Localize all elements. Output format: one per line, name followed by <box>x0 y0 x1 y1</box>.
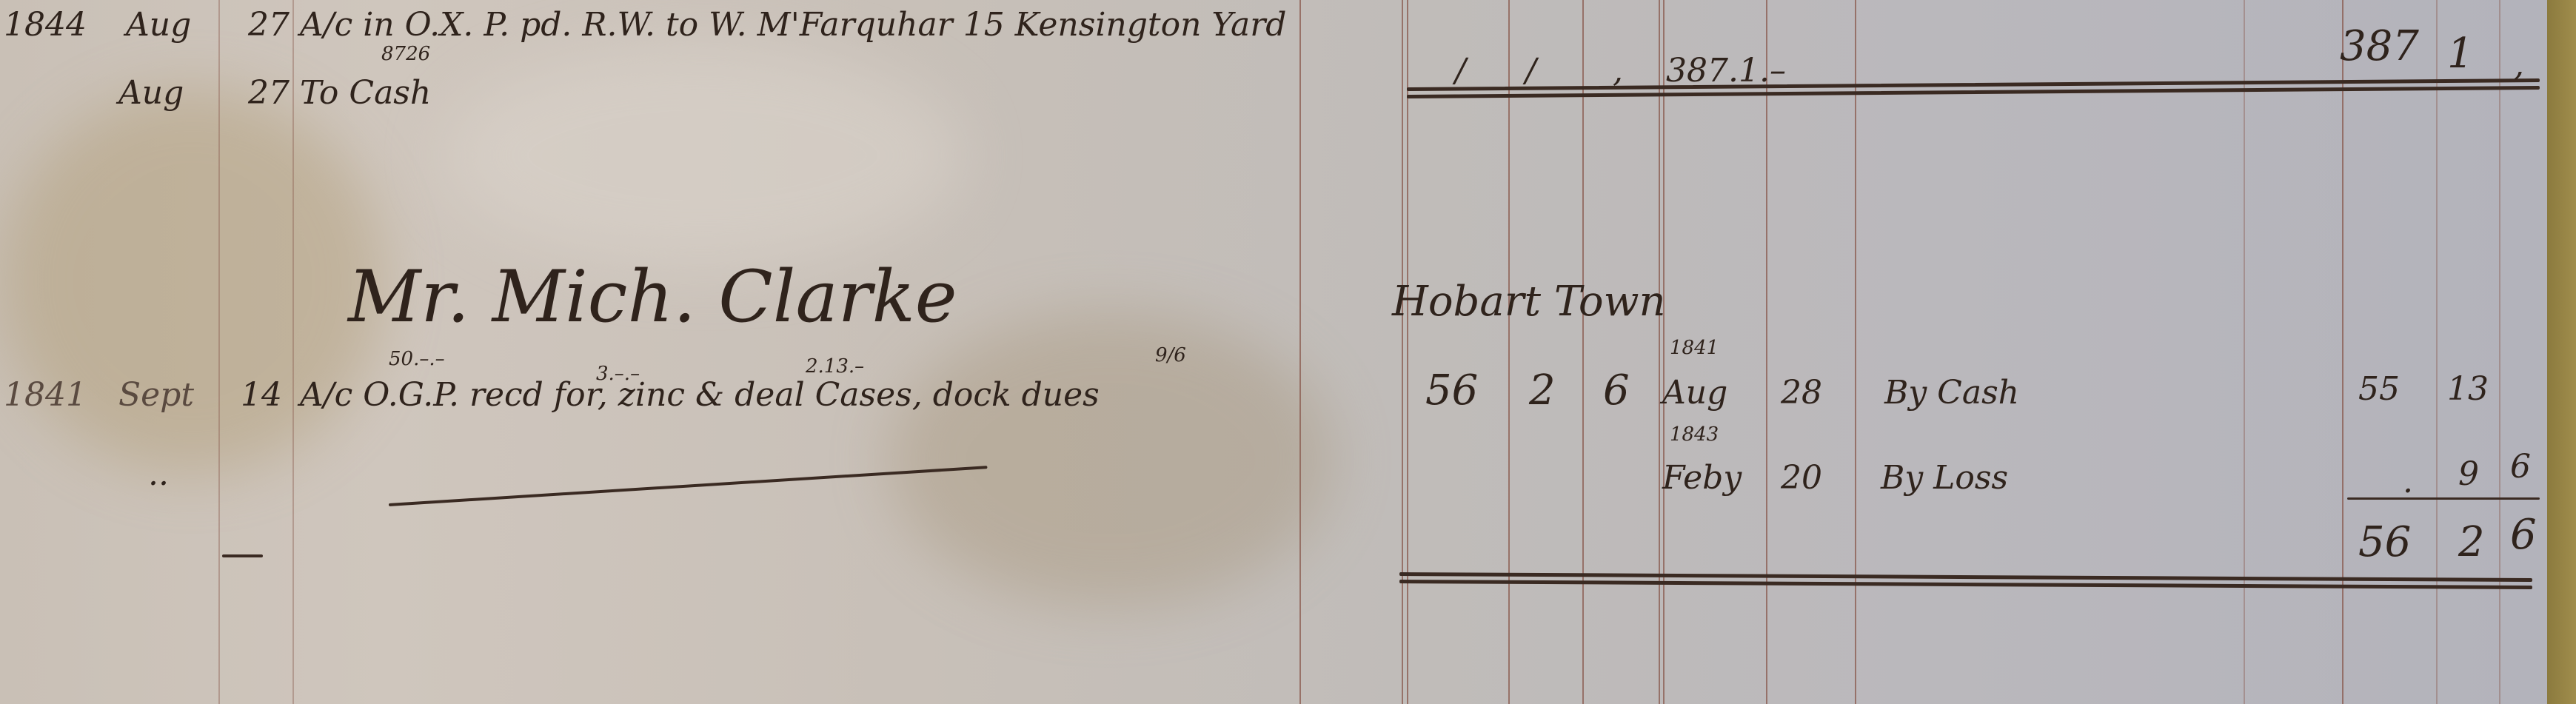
debit-mark: / <box>1455 52 1466 90</box>
cash-day: 27 <box>248 74 290 112</box>
account-name: Mr. Mich. Clarke <box>348 255 957 338</box>
credit-month: Feby <box>1662 459 1742 497</box>
folio-ref: 8726 <box>381 43 430 65</box>
debit-amount: 387.1.– <box>1666 52 1786 90</box>
column-rule <box>2499 0 2500 704</box>
debit-year: 1841 <box>4 376 87 414</box>
credit-total-pounds: 56 <box>2358 518 2411 566</box>
debit-shillings: 2 <box>1529 366 1556 415</box>
column-rule <box>2244 0 2245 704</box>
credit-month: Aug <box>1662 374 1727 412</box>
total-double-rule <box>1399 580 2532 589</box>
debit-description: A/c O.G.P. recd for, zinc & deal Cases, … <box>300 376 1100 414</box>
entry-year: 1844 <box>4 6 87 44</box>
column-rule <box>2342 0 2344 704</box>
column-rule <box>1582 0 1584 704</box>
credit-pounds: . <box>2403 463 2413 500</box>
sub-amount: 3.–.– <box>596 363 640 385</box>
credit-description: By Loss <box>1881 459 2008 497</box>
sub-amount: 9/6 <box>1155 344 1186 366</box>
credit-pounds: 55 <box>2358 370 2400 408</box>
column-rule <box>1299 0 1301 704</box>
column-rule <box>1407 0 1408 704</box>
column-rule <box>218 0 220 704</box>
paper-stain <box>444 44 963 266</box>
book-binding <box>2547 0 2576 704</box>
debit-month: Sept <box>118 376 194 414</box>
subtotal-rule <box>2347 497 2540 500</box>
credit-day: 28 <box>1781 374 1822 412</box>
column-rule <box>1508 0 1510 704</box>
credit-day: 20 <box>1781 459 1822 497</box>
credit-shillings: 9 <box>2458 455 2479 493</box>
left-mark: .. <box>148 455 169 493</box>
debit-mark: , <box>1613 52 1623 90</box>
credit-pence: 6 <box>2510 448 2531 486</box>
credit-total-pence: 6 <box>2510 511 2537 559</box>
left-dash <box>222 554 263 557</box>
column-rule <box>1766 0 1767 704</box>
column-rule <box>2436 0 2438 704</box>
column-rule <box>1659 0 1660 704</box>
entry-day: 27 <box>248 6 290 44</box>
credit-year: 1841 <box>1670 337 1719 359</box>
total-shillings: 1 <box>2447 30 2474 78</box>
column-rule <box>1663 0 1665 704</box>
sub-amount: 50.–.– <box>389 348 445 370</box>
total-pounds: 387 <box>2340 22 2419 70</box>
debit-pounds: 56 <box>1425 366 1478 415</box>
debit-pence: 6 <box>1603 366 1630 415</box>
credit-year: 1843 <box>1670 423 1719 446</box>
paper-stain <box>0 89 385 474</box>
column-rule <box>1855 0 1856 704</box>
column-rule <box>1402 0 1403 704</box>
entry-description: A/c in O.X. P. pd. R.W. to W. M'Farquhar… <box>300 6 1286 44</box>
credit-shillings: 13 <box>2447 370 2489 408</box>
credit-description: By Cash <box>1884 374 2019 412</box>
sub-amount: 2.13.– <box>806 355 864 378</box>
cash-description: To Cash <box>300 74 431 112</box>
credit-total-shillings: 2 <box>2458 518 2485 566</box>
cash-month: Aug <box>118 74 184 112</box>
debit-mark: / <box>1525 52 1536 90</box>
total-pence: , <box>2514 46 2524 84</box>
paper-stain <box>889 311 1333 607</box>
account-location: Hobart Town <box>1392 278 1666 326</box>
entry-month: Aug <box>126 6 191 44</box>
column-rule <box>292 0 294 704</box>
debit-day: 14 <box>241 376 282 414</box>
